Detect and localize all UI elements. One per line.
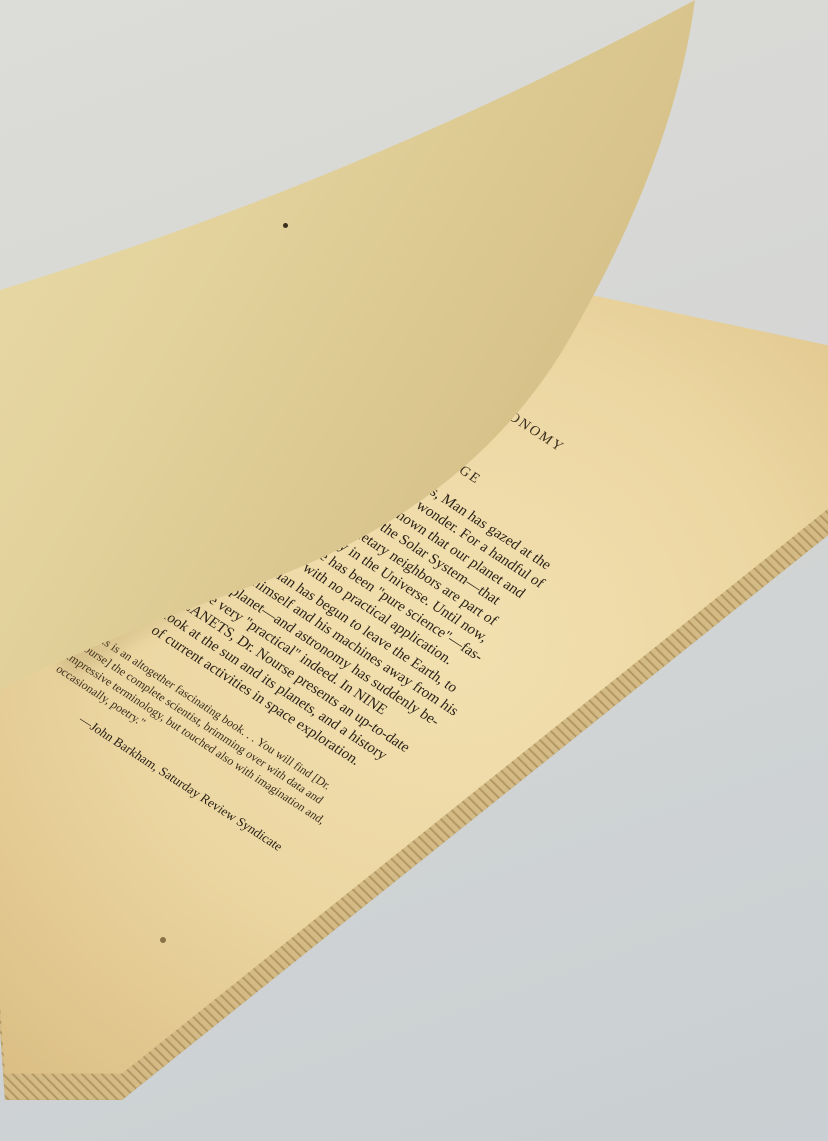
- book-photo: ASTRONOMY FOR THE SPACE AGE For thousand…: [0, 0, 828, 1141]
- paper-speck: [283, 223, 288, 228]
- paper-speck: [160, 937, 166, 943]
